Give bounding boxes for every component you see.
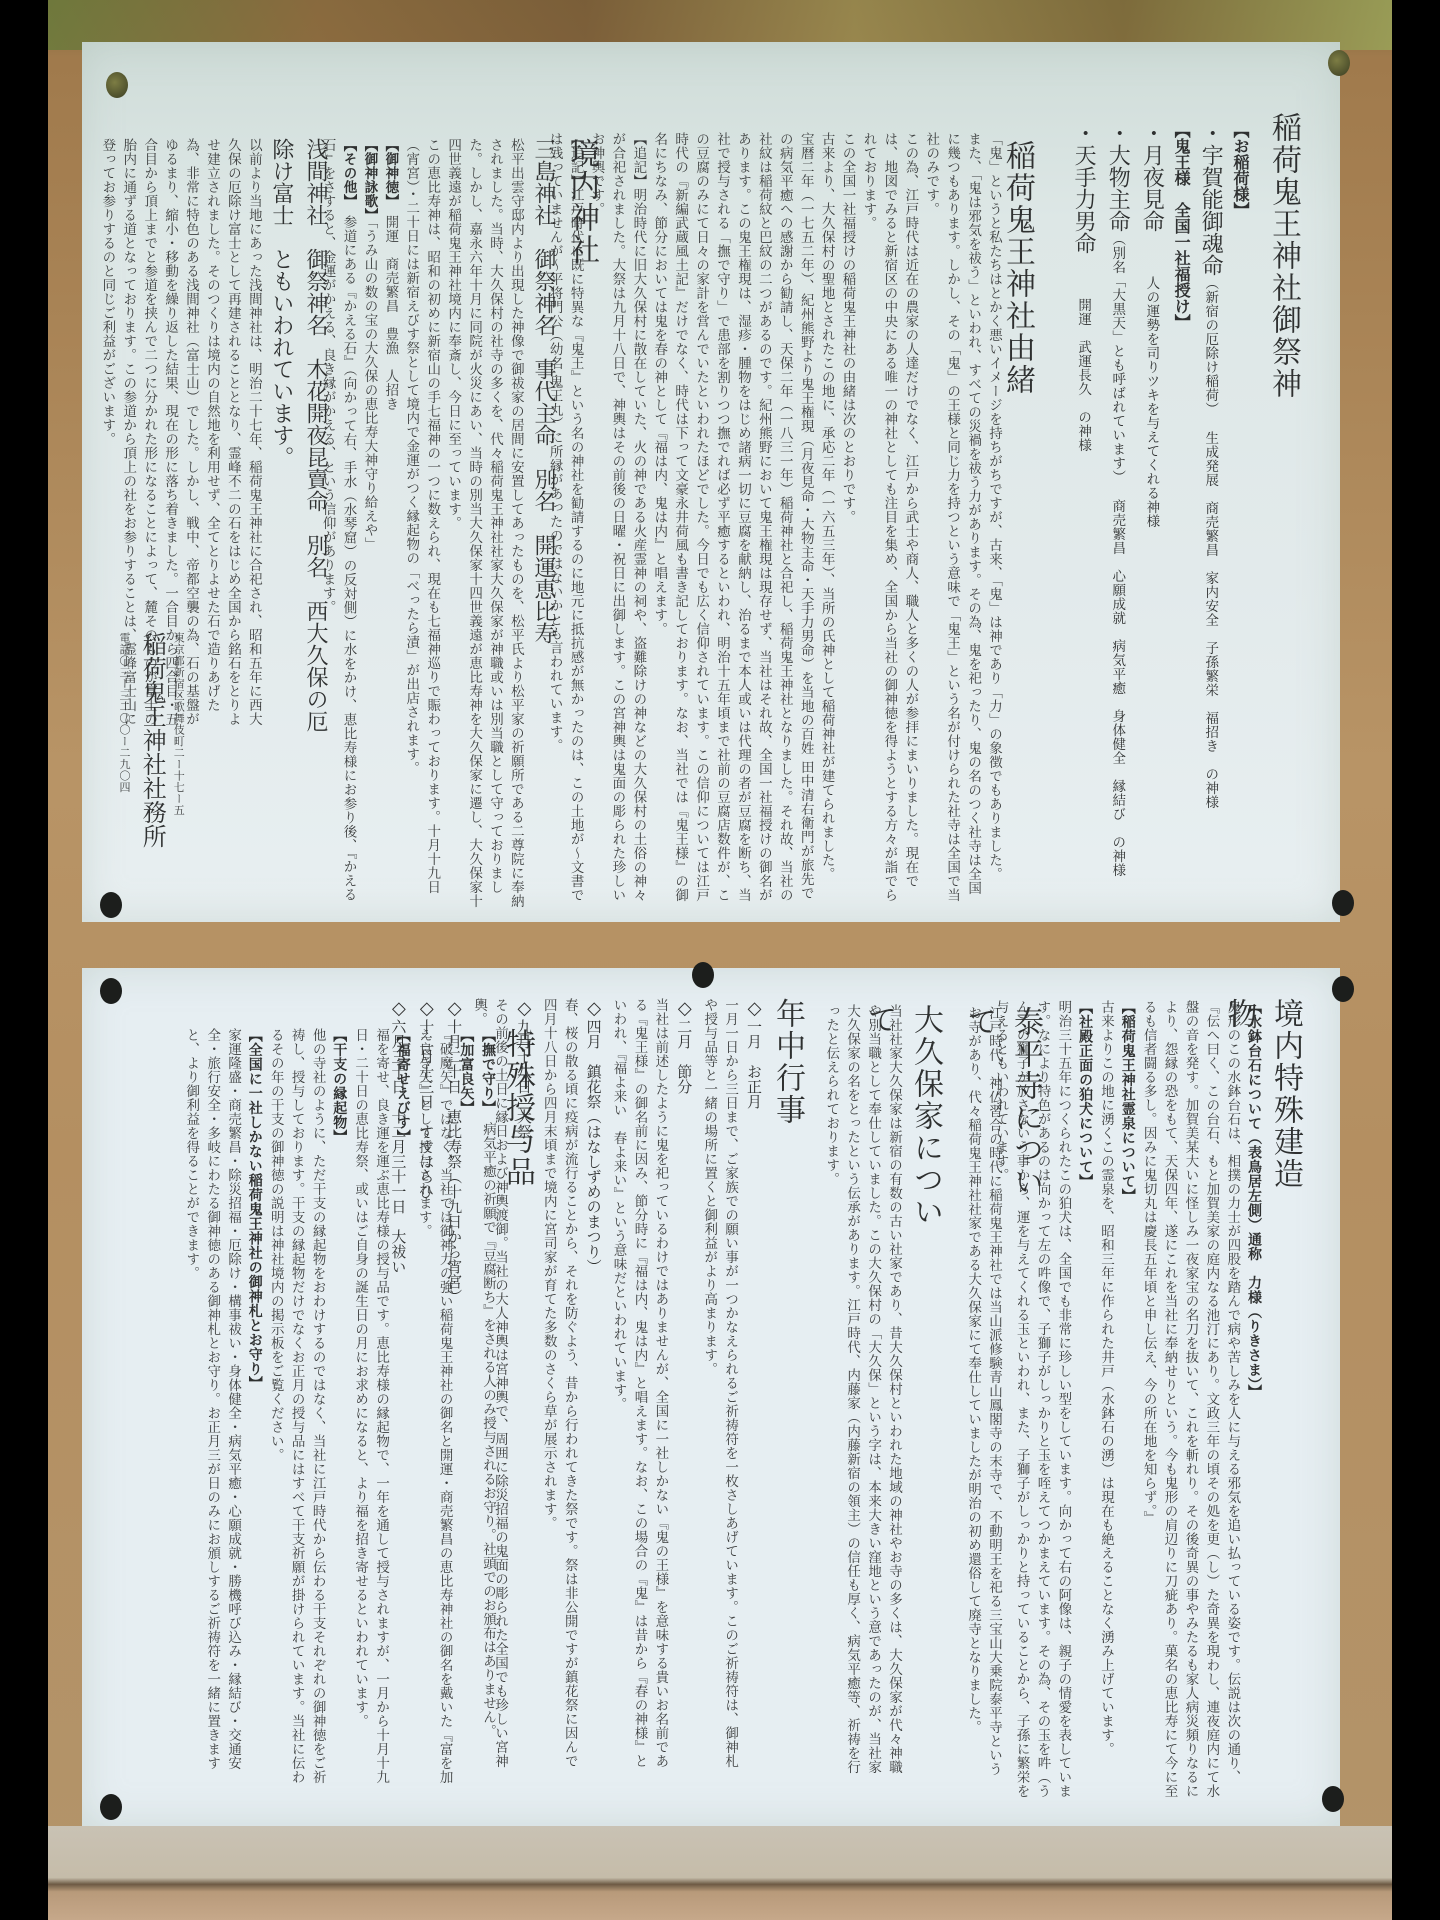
deities-section: 【お稲荷様】 ・宇賀能御魂命（新宿の厄除け稲荷） 生成発展 商売繁昌 家内安全 … xyxy=(1066,122,1252,902)
pin-icon xyxy=(1332,976,1354,1002)
okubo-body: 当社社家大久保家は新宿の有数の古い社家であり、昔大久保村といわれた地域の神社やお… xyxy=(820,1004,904,1784)
deity-tsukuyomi: ・月夜見命 人の運勢を司りツキを与えてくれる神様 xyxy=(1134,122,1168,902)
deities-heading: 【お稲荷様】 xyxy=(1227,122,1252,902)
events-heading: 年中行事 xyxy=(764,998,811,1158)
page-title: 稲荷鬼王神社御祭神 xyxy=(1260,112,1307,472)
precinct-shrines-heading: 境内神社 xyxy=(558,138,605,338)
pin-icon xyxy=(106,72,128,98)
deity-tajikarao: ・天手力男命 開運 武運長久 の神様 xyxy=(1066,122,1100,902)
board-bottom-rail xyxy=(48,1826,1392,1920)
history-body: 「鬼」というと私たちはとかく悪いイメージを持ちがちですが、古来、「鬼」は神であり… xyxy=(544,132,1004,902)
office-address: 東京都新宿区歌舞伎町二ー十七ー五 xyxy=(170,632,187,922)
taiheiji-body: 江戸時代、神仏習合の時代に稲荷鬼王神社では当山派修験青山鳳閣寺の末寺で、不動明王… xyxy=(962,1006,1004,1786)
pin-icon xyxy=(1328,50,1350,76)
pin-icon xyxy=(1322,1786,1344,1812)
office-name: 稲荷鬼王神社社務所 xyxy=(133,632,170,922)
special-items-heading: 特殊授与品 xyxy=(494,1028,541,1218)
kiou-heading: 【鬼王様 全国一社福授け】 xyxy=(1168,122,1193,902)
special-items-list: 【撫で守り】 病気平癒の祈願で『豆腐断ち』をされる人のみ授与されるお守り。社頭で… xyxy=(180,1028,498,1788)
pin-icon xyxy=(692,962,714,988)
shrine-office: 東京都新宿区歌舞伎町二ー十七ー五 稲荷鬼王神社社務所 電話〇三ー三二〇〇ー二九〇… xyxy=(116,632,187,922)
office-phone: 電話〇三ー三二〇〇ー二九〇四 xyxy=(116,632,133,922)
mishima-shrine-section: 三島神社 御祭神名 事代主命 別名 開運恵比寿 松平出雲守邸内より出現した神像で… xyxy=(317,138,560,908)
deity-uka: ・宇賀能御魂命（新宿の厄除け稲荷） 生成発展 商売繁昌 家内安全 子孫繁栄 福招… xyxy=(1193,122,1227,902)
panel-deities-and-history: 稲荷鬼王神社御祭神 【お稲荷様】 ・宇賀能御魂命（新宿の厄除け稲荷） 生成発展 … xyxy=(82,42,1340,922)
pin-icon xyxy=(100,978,122,1004)
pin-icon xyxy=(100,1794,122,1820)
deity-omononushi: ・大物主命（別名「大黒天」とも呼ばれています） 商売繁昌 心願成就 病気平癒 身… xyxy=(1100,122,1134,902)
panel-structures-events-items: 境内特殊建造物 【水鉢台石について（表鳥居左側）通称 力様（りきさま）】 鬼形の… xyxy=(82,968,1340,1826)
mishima-title: 三島神社 御祭神名 事代主命 別名 開運恵比寿 xyxy=(526,138,560,908)
sengen-title: 浅間神社 御祭神名 木花開夜昆賣命 別名 西大久保の厄除け富士 ともいわれていま… xyxy=(264,138,332,738)
pin-icon xyxy=(1332,890,1354,916)
